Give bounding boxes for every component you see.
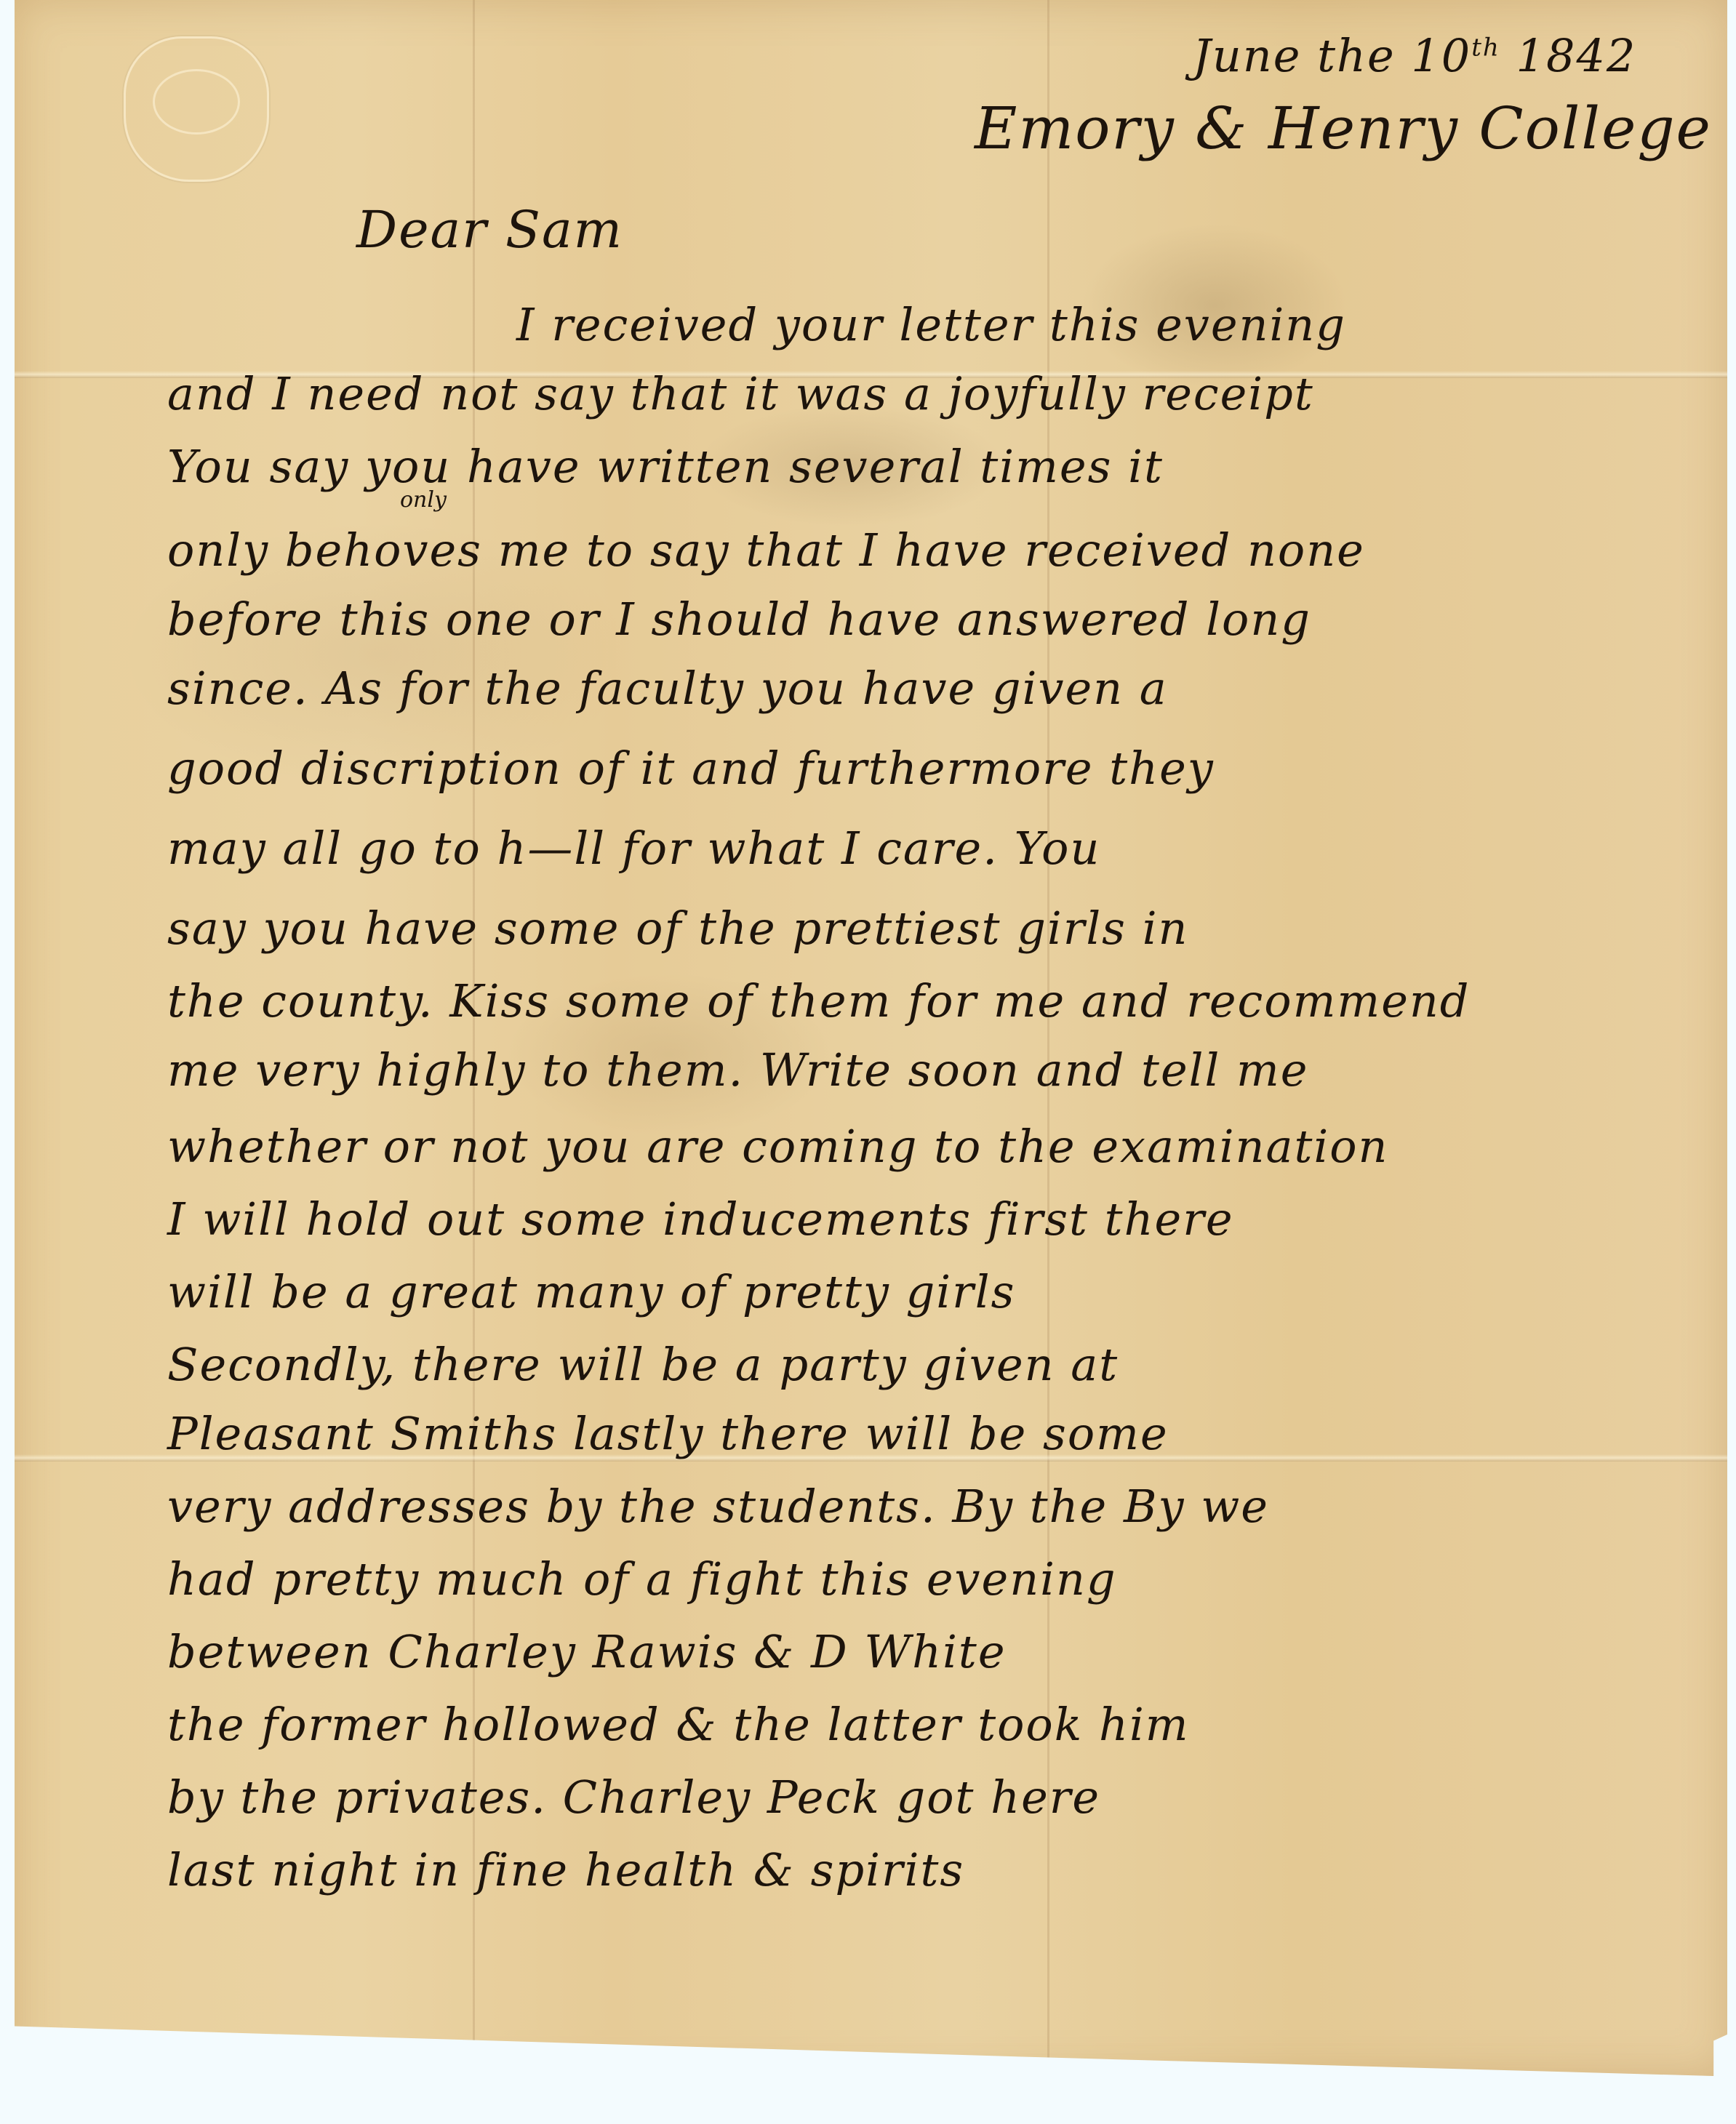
- letter-line: very addresses by the students. By the B…: [167, 1480, 1269, 1533]
- letter-line: the county. Kiss some of them for me and…: [167, 974, 1471, 1027]
- letter-line: whether or not you are coming to the exa…: [167, 1120, 1388, 1173]
- letter-line: and I need not say that it was a joyfull…: [167, 367, 1314, 420]
- letter-line: by the privates. Charley Peck got here: [167, 1771, 1100, 1824]
- letter-page: June the 10th 1842 Emory & Henry College…: [15, 0, 1727, 2076]
- letter-line: only behoves me to say that I have recei…: [167, 524, 1365, 577]
- letter-line: I will hold out some inducements first t…: [167, 1193, 1234, 1246]
- inserted-word: only: [400, 487, 447, 513]
- letter-line: Pleasant Smiths lastly there will be som…: [167, 1407, 1169, 1460]
- letter-line: Secondly, there will be a party given at: [167, 1338, 1119, 1391]
- fold-line-vertical: [473, 0, 475, 2076]
- letter-line: me very highly to them. Write soon and t…: [167, 1043, 1309, 1097]
- letter-place: Emory & Henry College: [975, 95, 1712, 162]
- letter-line: had pretty much of a fight this evening: [167, 1552, 1117, 1606]
- letter-line: say you have some of the prettiest girls…: [167, 902, 1188, 955]
- letter-line: I received your letter this evening: [516, 298, 1346, 351]
- letter-line: between Charley Rawis & D White: [167, 1625, 1007, 1678]
- letter-date: June the 10th 1842: [1193, 29, 1636, 82]
- salutation: Dear Sam: [356, 200, 623, 260]
- date-text: June the 10: [1193, 29, 1471, 82]
- letter-line: before this one or I should have answere…: [167, 593, 1311, 646]
- letter-line: You say you have written several times i…: [167, 440, 1164, 493]
- letter-line: the former hollowed & the latter took hi…: [167, 1698, 1190, 1751]
- date-year: 1842: [1516, 29, 1637, 82]
- date-ordinal: th: [1471, 33, 1500, 62]
- letter-line: good discription of it and furthermore t…: [167, 742, 1215, 795]
- embossed-seal: [124, 36, 269, 182]
- letter-line: since. As for the faculty you have given…: [167, 662, 1168, 715]
- letter-line: may all go to h—ll for what I care. You: [167, 822, 1100, 875]
- letter-line: last night in fine health & spirits: [167, 1843, 964, 1896]
- letter-line: will be a great many of pretty girls: [167, 1265, 1015, 1318]
